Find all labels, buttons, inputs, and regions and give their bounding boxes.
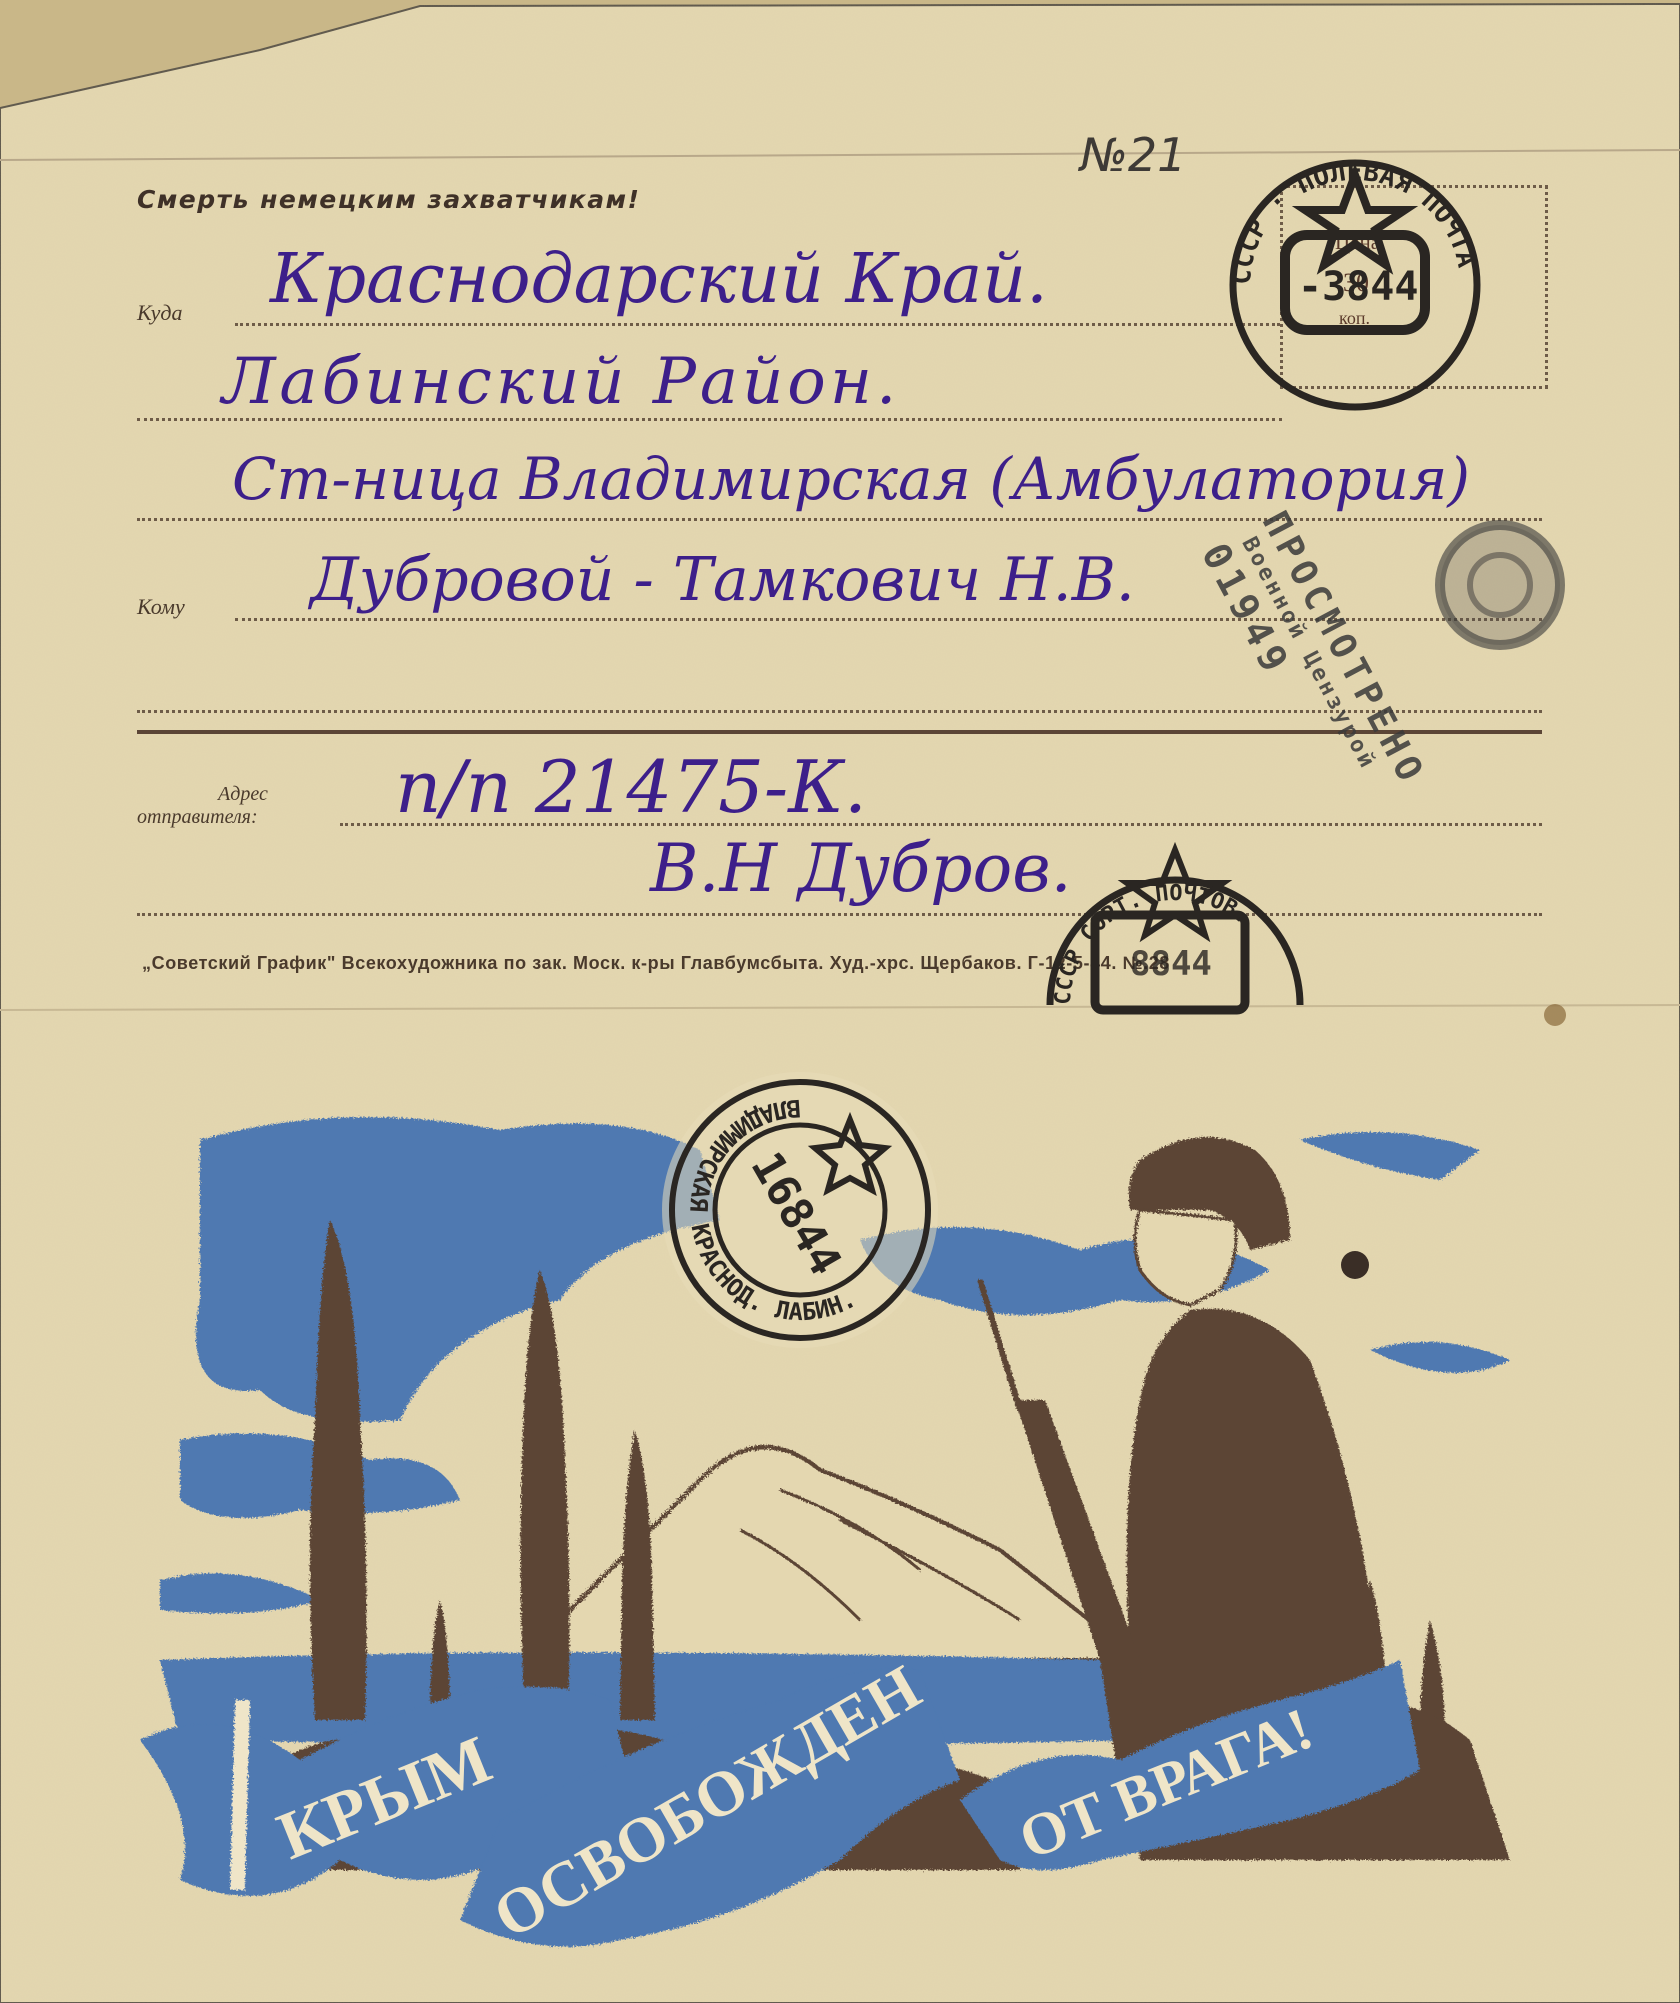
postmark-top-right: -3844 СССР · ПОЛЕВАЯ ПОЧТА <box>1210 150 1500 420</box>
label-sender-address-1: Адрес <box>218 783 268 806</box>
archive-number: №21 <box>1080 128 1186 182</box>
postmark-arrival: 16844 ВЛАДИМИРСКАЯ КРАСНОД. ЛАБИН. <box>650 1060 950 1360</box>
slogan: Смерть немецким захватчикам! <box>137 185 640 214</box>
label-sender-address-2: отправителя: <box>137 806 258 829</box>
sorting-postmark-date: 8844 <box>1130 944 1212 984</box>
postmark-date: -3844 <box>1298 264 1418 310</box>
sender-line-2 <box>137 913 1542 916</box>
sender-address: п/п 21475-К. <box>395 745 867 829</box>
recipient-address-line-2: Лабинский Район. <box>222 345 900 419</box>
postmark-sorting: 8844 СССР СОРТ. ПОЧТОВ. <box>1030 825 1320 1015</box>
label-to-where: Куда <box>137 300 183 326</box>
printer-imprint: „Советский График" Всекохудожника по зак… <box>142 953 1170 974</box>
censor-seal <box>1430 515 1570 655</box>
recipient-address-line-1: Краснодарский Край. <box>270 240 1048 319</box>
address-line-3 <box>137 518 1542 521</box>
recipient-address-line-3: Ст-ница Владимирская (Амбулатория) <box>232 445 1470 513</box>
address-line-1 <box>235 323 1280 326</box>
envelope: №21 Смерть немецким захватчикам! Цена 30… <box>0 0 1680 2003</box>
recipient-name: Дубровой - Тамкович Н.В. <box>310 545 1135 615</box>
sender-name: В.Н Дубров. <box>650 830 1072 907</box>
label-to-whom: Кому <box>137 594 185 620</box>
